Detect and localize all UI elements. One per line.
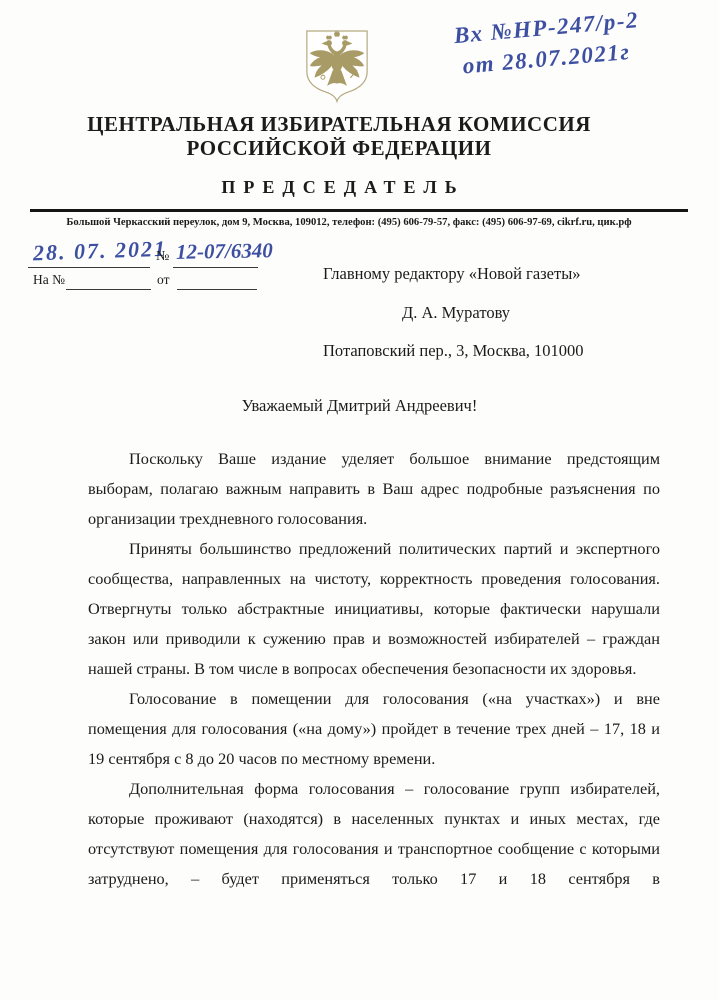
- paragraph-2: Приняты большинство предложений политиче…: [88, 534, 660, 684]
- recipient-title: Главному редактору «Новой газеты»: [323, 264, 581, 284]
- reply-number-underline: [66, 289, 151, 290]
- handwritten-outgoing-number: 12-07/6340: [176, 238, 273, 265]
- organization-title-line2: РОССИЙСКОЙ ФЕДЕРАЦИИ: [0, 136, 678, 160]
- handwritten-date: 28. 07. 2021: [33, 236, 168, 267]
- position-title: ПРЕДСЕДАТЕЛЬ: [0, 177, 678, 198]
- reply-date-underline: [177, 289, 257, 290]
- organization-title: ЦЕНТРАЛЬНАЯ ИЗБИРАТЕЛЬНАЯ КОМИССИЯ РОССИ…: [0, 112, 678, 160]
- emblem-svg: [303, 29, 371, 104]
- salutation: Уважаемый Дмитрий Андреевич!: [0, 396, 719, 416]
- contact-address-line: Большой Черкасский переулок, дом 9, Моск…: [10, 217, 688, 228]
- paragraph-1: Поскольку Ваше издание уделяет большое в…: [88, 444, 660, 534]
- letter-page: Вх №НР-247/р-2 от 28.07.2021г: [0, 0, 719, 1000]
- recipient-address: Потаповский пер., 3, Москва, 101000: [323, 341, 584, 361]
- double-headed-eagle-emblem: [303, 29, 371, 104]
- reply-to-number-label: На №: [33, 272, 65, 288]
- organization-title-line1: ЦЕНТРАЛЬНАЯ ИЗБИРАТЕЛЬНАЯ КОМИССИЯ: [0, 112, 678, 136]
- recipient-name: Д. А. Муратову: [402, 303, 510, 323]
- paragraph-4: Дополнительная форма голосования – голос…: [88, 774, 660, 894]
- reply-from-label: от: [157, 272, 169, 288]
- header-divider-rule: [30, 209, 688, 212]
- date-underline: [28, 267, 150, 268]
- number-sign-label: №: [156, 249, 169, 265]
- number-underline: [173, 267, 258, 268]
- letter-body: Поскольку Ваше издание уделяет большое в…: [88, 444, 660, 894]
- paragraph-3: Голосование в помещении для голосования …: [88, 684, 660, 774]
- handwritten-registration-note: Вх №НР-247/р-2 от 28.07.2021г: [453, 4, 643, 82]
